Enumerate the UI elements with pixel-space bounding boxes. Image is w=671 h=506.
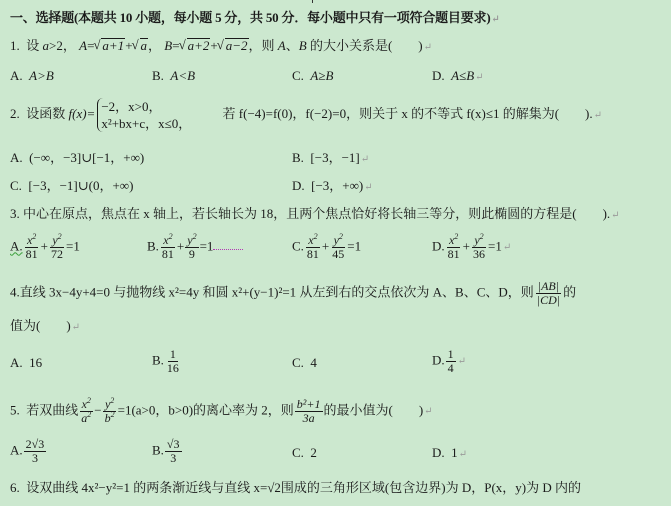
option-rhs: =1 <box>488 238 502 253</box>
fraction: |AB||CD| <box>535 280 562 307</box>
option-c[interactable]: C. A≥B <box>292 68 333 84</box>
paragraph-mark-icon: ↵ <box>361 154 369 165</box>
option-text: 4 <box>310 355 317 370</box>
option-text: [−3，−1]∪(0，+∞) <box>28 178 133 193</box>
option-text: 1 <box>451 445 458 460</box>
q2-text: 若 f(−4)=f(0)，f(−2)=0，则关于 x 的不等式 f(x)≤1 的… <box>223 106 593 121</box>
section-heading: 一、选择题(本题共 10 小题，每小题 5 分，共 50 分．每小题中只有一项符… <box>10 10 500 28</box>
option-a[interactable]: A. 16 <box>10 355 42 371</box>
q1-var-B: B <box>299 38 307 53</box>
frac-den: 81 <box>446 248 462 261</box>
paragraph-mark-icon: ↵ <box>72 322 80 333</box>
option-d[interactable]: D.x281+y236=1↵ <box>432 234 511 261</box>
option-label: C. <box>292 238 304 253</box>
option-a[interactable]: A. A>B <box>10 68 54 84</box>
frac-den: 3 <box>168 452 178 465</box>
paragraph-mark-icon: ↵ <box>475 72 483 83</box>
fraction: √33 <box>165 438 182 465</box>
frac-num: x2 <box>447 234 460 248</box>
option-label: B. <box>152 442 164 457</box>
fraction: x281 <box>160 234 176 261</box>
fraction: x281 <box>305 234 321 261</box>
option-label: D. <box>432 238 445 253</box>
option-label: A. <box>10 150 23 165</box>
frac-num: √3 <box>165 438 182 452</box>
q3-text: 中心在原点，焦点在 x 轴上，若长轴长为 18，且两个焦点恰好将长轴三等分，则此… <box>23 206 610 221</box>
frac-num: y2 <box>50 234 63 248</box>
frac-den: 36 <box>471 248 487 261</box>
question-number: 3. <box>10 206 20 221</box>
paragraph-mark-icon: ↵ <box>424 406 432 417</box>
option-text: A>B <box>29 68 54 83</box>
q2-text: 设函数 <box>26 106 68 121</box>
frac-num: y2 <box>332 234 345 248</box>
option-d[interactable]: D. A≤B↵ <box>432 68 484 86</box>
option-b[interactable]: B. A<B <box>152 68 195 84</box>
fraction: y272 <box>49 234 65 261</box>
paragraph-mark-icon: ↵ <box>503 242 511 253</box>
option-a[interactable]: A. (−∞，−3]∪[−1，+∞) <box>10 150 144 166</box>
frac-den: a2 <box>79 412 93 425</box>
fraction: x281 <box>446 234 462 261</box>
q1-text: 的大小关系是( ) <box>307 38 423 53</box>
option-c[interactable]: C. [−3，−1]∪(0，+∞) <box>10 178 133 194</box>
question-number: 1. <box>10 38 20 53</box>
frac-num: x2 <box>161 234 174 248</box>
option-label: C. <box>10 178 22 193</box>
frac-den: 81 <box>305 248 321 261</box>
option-label: B. <box>152 68 164 83</box>
frac-den: 81 <box>24 248 40 261</box>
question-3: 3. 中心在原点，焦点在 x 轴上，若长轴长为 18，且两个焦点恰好将长轴三等分… <box>10 206 620 224</box>
q5-text: 若双曲线 <box>26 402 78 417</box>
frac-den: b2 <box>103 412 117 425</box>
q1-text: >2， <box>49 38 76 53</box>
frac-den: 16 <box>165 362 181 375</box>
frac-num: y2 <box>472 234 485 248</box>
option-d[interactable]: D.14↵ <box>432 348 466 375</box>
sqrt-icon: a+1 <box>94 38 125 54</box>
question-number: 6. <box>10 480 20 495</box>
option-a[interactable]: A.2√33 <box>10 438 47 465</box>
option-b[interactable]: B.x281+y29=1 <box>147 234 243 261</box>
paragraph-mark-icon: ↵ <box>491 14 499 25</box>
q6-text: 设双曲线 4x²−y²=1 的两条渐近线与直线 x=√2围成的三角形区域(包含边… <box>26 480 581 495</box>
option-text: 2 <box>310 445 317 460</box>
q2-func: f(x)= <box>69 106 96 121</box>
option-text: A≤B <box>451 68 474 83</box>
frac-den: 9 <box>187 248 197 261</box>
option-label: A. <box>10 68 23 83</box>
frac-den: |CD| <box>535 294 562 307</box>
paragraph-mark-icon: ↵ <box>459 449 467 460</box>
frac-den: 45 <box>330 248 346 261</box>
option-d[interactable]: D. [−3，+∞)↵ <box>292 178 373 196</box>
q1-var-A: A <box>278 38 286 53</box>
cursor-tick <box>312 0 313 3</box>
fraction: y2b2 <box>103 398 117 425</box>
option-text: [−3，−1] <box>310 150 359 165</box>
option-b[interactable]: B.116 <box>152 348 182 375</box>
option-text: 16 <box>29 355 42 370</box>
fraction: 2√33 <box>24 438 47 465</box>
frac-num: x2 <box>25 234 38 248</box>
option-rhs: =1 <box>347 238 361 253</box>
paragraph-mark-icon: ↵ <box>458 356 466 367</box>
piece-1: −2，x>0， <box>101 98 191 115</box>
frac-num: |AB| <box>536 280 561 294</box>
question-5: 5. 若双曲线x2a2−y2b2=1(a>0，b>0)的离心率为 2，则b²+1… <box>10 398 433 425</box>
option-label: D. <box>432 68 445 83</box>
question-number: 5. <box>10 402 20 417</box>
option-label: C. <box>292 68 304 83</box>
q1-text: ， <box>148 38 161 53</box>
frac-num: x2 <box>306 234 319 248</box>
option-d[interactable]: D. 1↵ <box>432 445 467 463</box>
paragraph-mark-icon: ↵ <box>594 110 602 121</box>
radicand: a <box>140 38 149 53</box>
piecewise-brace: −2，x>0，x²+bx+c，x≤0， <box>97 98 191 132</box>
q4-text: 直线 3x−4y+4=0 与抛物线 x²=4y 和圆 x²+(y−1)²=1 从… <box>20 284 534 299</box>
fraction: y236 <box>471 234 487 261</box>
fraction: y29 <box>185 234 198 261</box>
question-4: 4.直线 3x−4y+4=0 与抛物线 x²=4y 和圆 x²+(y−1)²=1… <box>10 280 576 307</box>
q5-text: 的最小值为( ) <box>324 402 424 417</box>
q4-text: 的 <box>563 284 576 299</box>
option-label: B. <box>147 238 159 253</box>
dotted-mark <box>213 239 243 250</box>
fraction: x2a2 <box>79 398 93 425</box>
frac-num: y2 <box>185 234 198 248</box>
paragraph-mark-icon: ↵ <box>611 210 619 221</box>
q1-text: 、 <box>286 38 299 53</box>
option-text: A<B <box>170 68 195 83</box>
option-b[interactable]: B. [−3，−1]↵ <box>292 150 369 168</box>
fraction: x281 <box>24 234 40 261</box>
frac-num: 1 <box>446 348 456 362</box>
option-a[interactable]: A.x281+y272=1 <box>10 234 80 261</box>
radicand: a−2 <box>225 38 249 53</box>
option-label: A. <box>10 355 23 370</box>
frac-den: 3 <box>30 452 40 465</box>
option-label: B. <box>152 352 164 367</box>
fraction: b²+13a <box>295 398 323 425</box>
sqrt-icon: a+2 <box>180 38 211 54</box>
radicand: a+1 <box>101 38 125 53</box>
option-b[interactable]: B.√33 <box>152 438 183 465</box>
question-4-cont: 值为( )↵ <box>10 318 80 336</box>
option-c[interactable]: C.x281+y245=1 <box>292 234 361 261</box>
q4-text: 值为( ) <box>10 318 71 333</box>
option-label: D. <box>432 445 445 460</box>
sqrt-icon: a <box>133 38 149 54</box>
piece-2: x²+bx+c，x≤0， <box>101 115 191 132</box>
option-label: A. <box>10 442 23 457</box>
question-number: 2. <box>10 106 20 121</box>
q1-var-A: A <box>79 38 87 53</box>
option-label: B. <box>292 150 304 165</box>
frac-num: 1 <box>168 348 178 362</box>
section-heading-text: 一、选择题(本题共 10 小题，每小题 5 分，共 50 分．每小题中只有一项符… <box>10 10 490 25</box>
fraction: 14 <box>446 348 456 375</box>
q1-text: 设 <box>26 38 42 53</box>
radicand: a+2 <box>187 38 211 53</box>
option-rhs: =1 <box>66 238 80 253</box>
q1-text: ，则 <box>249 38 278 53</box>
option-text: [−3，+∞) <box>311 178 363 193</box>
option-label: C. <box>292 445 304 460</box>
option-text: A≥B <box>310 68 333 83</box>
option-c[interactable]: C. 4 <box>292 355 317 371</box>
fraction: y245 <box>330 234 346 261</box>
option-rhs: =1 <box>200 238 214 253</box>
question-number: 4. <box>10 284 20 299</box>
frac-den: 4 <box>446 362 456 375</box>
fraction: 116 <box>165 348 181 375</box>
q5-text: =1(a>0，b>0)的离心率为 2，则 <box>118 402 294 417</box>
option-c[interactable]: C. 2 <box>292 445 317 461</box>
option-label: D. <box>292 178 305 193</box>
question-6: 6. 设双曲线 4x²−y²=1 的两条渐近线与直线 x=√2围成的三角形区域(… <box>10 480 581 496</box>
option-label: A. <box>10 238 23 253</box>
paragraph-mark-icon: ↵ <box>424 42 432 53</box>
question-2: 2. 设函数 f(x)=−2，x>0，x²+bx+c，x≤0， 若 f(−4)=… <box>10 98 602 132</box>
frac-den: 81 <box>160 248 176 261</box>
question-1: 1. 设 a>2， A=a+1+a， B=a+2+a−2，则 A、B 的大小关系… <box>10 38 432 56</box>
option-label: C. <box>292 355 304 370</box>
paragraph-mark-icon: ↵ <box>364 182 372 193</box>
frac-num: b²+1 <box>295 398 323 412</box>
frac-num: 2√3 <box>24 438 47 452</box>
frac-den: 3a <box>301 412 317 425</box>
frac-den: 72 <box>49 248 65 261</box>
option-label: D. <box>432 352 445 367</box>
sqrt-icon: a−2 <box>218 38 249 54</box>
option-text: (−∞，−3]∪[−1，+∞) <box>29 150 144 165</box>
